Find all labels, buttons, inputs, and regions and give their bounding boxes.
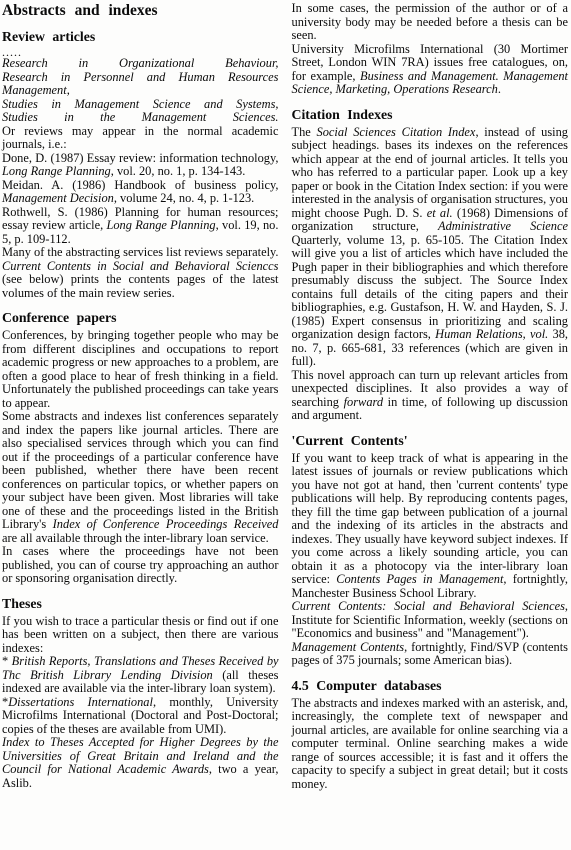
italic-text: Dissertations International xyxy=(8,695,153,709)
italic-text: Research in Personnel and Human Resource… xyxy=(2,70,279,98)
section-heading: 'Current Contents' xyxy=(292,433,569,448)
paragraph: Or reviews may appear in the normal acad… xyxy=(2,125,279,152)
italic-text: Administrative Science xyxy=(438,219,568,233)
text-run: Or reviews may appear in the normal acad… xyxy=(2,124,279,152)
text-run: 4.5 Computer databases xyxy=(292,678,442,693)
paragraph: In cases where the proceedings have not … xyxy=(2,545,279,586)
text-run: , vol. 20, no. 1, p. 134-143. xyxy=(111,164,246,178)
text-run: Review articles xyxy=(2,29,95,44)
paragraph: Research in Personnel and Human Resource… xyxy=(2,71,279,98)
paragraph: Research in Organizational Behaviour, xyxy=(2,57,279,71)
italic-text: Long Range Planning xyxy=(106,218,215,232)
paragraph: Index to Theses Accepted for Higher Degr… xyxy=(2,736,279,790)
text-run: Done, D. (1987) Essay review: informatio… xyxy=(2,151,279,165)
paragraph: Management Contents, fortnightly, Find/S… xyxy=(292,641,569,668)
text-run: Quarterly, volume 13, p. 65-105. The Cit… xyxy=(292,233,569,342)
paragraph: If you wish to trace a particular thesis… xyxy=(2,615,279,656)
italic-text: et al. xyxy=(427,206,453,220)
text-run: Some abstracts and indexes list conferen… xyxy=(2,409,279,531)
italic-text: Management Decision xyxy=(2,191,114,205)
book-page: Abstracts and indexesReview articles....… xyxy=(0,0,571,850)
italic-text: Index of Conference Proceedings Received xyxy=(53,517,279,531)
section-heading: Abstracts and indexes xyxy=(2,2,279,19)
paragraph: Done, D. (1987) Essay review: informatio… xyxy=(2,152,279,179)
italic-text: Long Range Planning xyxy=(2,164,111,178)
paragraph: Current Contents: Social and Behavioral … xyxy=(292,600,569,641)
italic-text: Contents Pages in Management xyxy=(336,572,503,586)
italic-text: Research in Organizational Behaviour, xyxy=(2,56,279,70)
italic-text: Studies in Management Science and System… xyxy=(2,97,279,111)
text-column-left: Abstracts and indexesReview articles....… xyxy=(2,2,279,850)
text-run: Theses xyxy=(2,596,42,611)
italic-text: Current Contents: Social and Behavioral … xyxy=(292,599,565,613)
text-run: The abstracts and indexes marked with an… xyxy=(292,696,569,791)
paragraph: *Dissertations International, monthly, U… xyxy=(2,696,279,737)
paragraph: Meidan. A. (1986) Handbook of business p… xyxy=(2,179,279,206)
section-heading: Review articles xyxy=(2,29,279,44)
paragraph: Studies in the Management Sciences. xyxy=(2,111,279,125)
italic-text: Social Sciences Citation Index xyxy=(317,125,476,139)
text-run: (see below) prints the contents pages of… xyxy=(2,272,279,300)
italic-text: Human Relations, vol. xyxy=(435,327,548,341)
paragraph: * British Reports, Translations and Thes… xyxy=(2,655,279,696)
text-run: , volume 24, no. 4, p. 1-123. xyxy=(114,191,254,205)
text-run: Meidan. A. (1986) Handbook of business p… xyxy=(2,178,279,192)
italic-text: Current Contents in Social and Behaviora… xyxy=(2,259,279,273)
text-run: . xyxy=(498,82,501,96)
paragraph: In some cases, the permission of the aut… xyxy=(292,2,569,43)
text-run: If you want to keep track of what is app… xyxy=(292,451,569,587)
text-run: * xyxy=(2,654,12,668)
paragraph: If you want to keep track of what is app… xyxy=(292,452,569,601)
text-run: 'Current Contents' xyxy=(292,433,408,448)
text-run: Conferences, by bringing together people… xyxy=(2,328,279,410)
paragraph: The Social Sciences Citation Index, inst… xyxy=(292,126,569,369)
section-heading: Theses xyxy=(2,596,279,611)
paragraph: This novel approach can turn up relevant… xyxy=(292,369,569,423)
text-run: Many of the abstracting services list re… xyxy=(2,245,279,259)
text-run: The xyxy=(292,125,317,139)
italic-text: forward xyxy=(344,395,383,409)
section-heading: Citation Indexes xyxy=(292,107,569,122)
paragraph: Some abstracts and indexes list conferen… xyxy=(2,410,279,545)
text-run: Abstracts and indexes xyxy=(2,2,158,19)
paragraph: Many of the abstracting services list re… xyxy=(2,246,279,300)
text-column-right: In some cases, the permission of the aut… xyxy=(292,2,569,850)
section-heading: 4.5 Computer databases xyxy=(292,678,569,693)
italic-text: Management Contents xyxy=(292,640,405,654)
text-run: Conference papers xyxy=(2,310,116,325)
italic-text: Studies in the Management Sciences. xyxy=(2,110,279,124)
text-run: Citation Indexes xyxy=(292,107,393,122)
paragraph: Studies in Management Science and System… xyxy=(2,98,279,112)
paragraph: The abstracts and indexes marked with an… xyxy=(292,697,569,792)
section-heading: Conference papers xyxy=(2,310,279,325)
paragraph: Rothwell, S. (1986) Planning for human r… xyxy=(2,206,279,247)
paragraph: University Microfilms International (30 … xyxy=(292,43,569,97)
text-run: In cases where the proceedings have not … xyxy=(2,544,279,585)
paragraph: Conferences, by bringing together people… xyxy=(2,329,279,410)
text-run: If you wish to trace a particular thesis… xyxy=(2,614,279,655)
text-run: In some cases, the permission of the aut… xyxy=(292,1,569,42)
text-run: are all available through the inter-libr… xyxy=(2,531,269,545)
